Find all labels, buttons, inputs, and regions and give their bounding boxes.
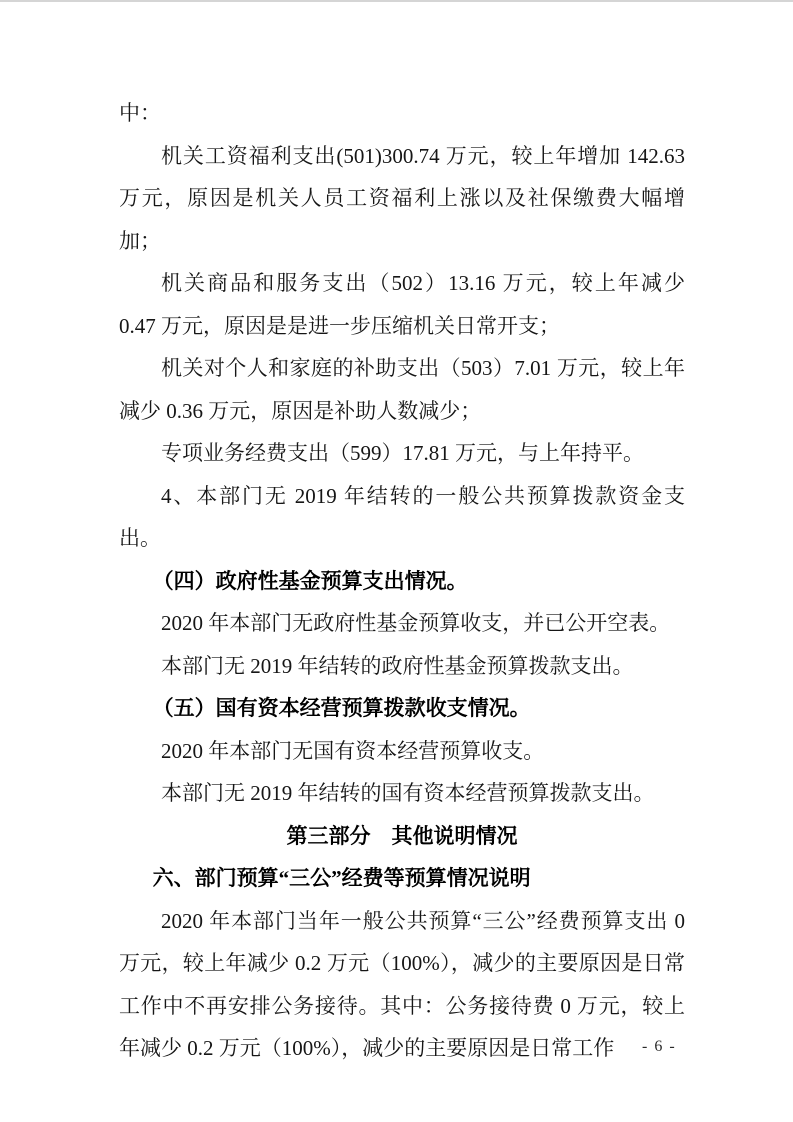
part3-title: 第三部分 其他说明情况 [119,815,685,858]
paragraph-statecapital-2020: 2020 年本部门无国有资本经营预算收支。 [119,730,685,773]
paragraph-special-funds: 专项业务经费支出（599）17.81 万元，与上年持平。 [119,432,685,475]
document-page: 中： 机关工资福利支出(501)300.74 万元，较上年增加 142.63 万… [0,0,793,1122]
document-body: 中： 机关工资福利支出(501)300.74 万元，较上年增加 142.63 万… [119,92,685,1070]
paragraph-wage-welfare: 机关工资福利支出(501)300.74 万元，较上年增加 142.63 万元，原… [119,135,685,263]
paragraph-govfund-2020: 2020 年本部门无政府性基金预算收支，并已公开空表。 [119,602,685,645]
page-number: - 6 - [642,1037,676,1057]
section-heading-6: 六、部门预算“三公”经费等预算情况说明 [119,857,685,900]
paragraph-carryover-item4: 4、本部门无 2019 年结转的一般公共预算拨款资金支出。 [119,475,685,560]
scan-edge-line [0,0,793,2]
paragraph-goods-services: 机关商品和服务支出（502）13.16 万元，较上年减少 0.47 万元，原因是… [119,262,685,347]
section-heading-5: （五）国有资本经营预算拨款收支情况。 [119,687,685,730]
paragraph-three-public-funds: 2020 年本部门当年一般公共预算“三公”经费预算支出 0 万元，较上年减少 0… [119,900,685,1070]
paragraph-household-subsidy: 机关对个人和家庭的补助支出（503）7.01 万元，较上年减少 0.36 万元，… [119,347,685,432]
paragraph-statecapital-carryover: 本部门无 2019 年结转的国有资本经营预算拨款支出。 [119,772,685,815]
paragraph-govfund-carryover: 本部门无 2019 年结转的政府性基金预算拨款支出。 [119,645,685,688]
paragraph-continuation: 中： [119,92,685,135]
section-heading-4: （四）政府性基金预算支出情况。 [119,560,685,603]
